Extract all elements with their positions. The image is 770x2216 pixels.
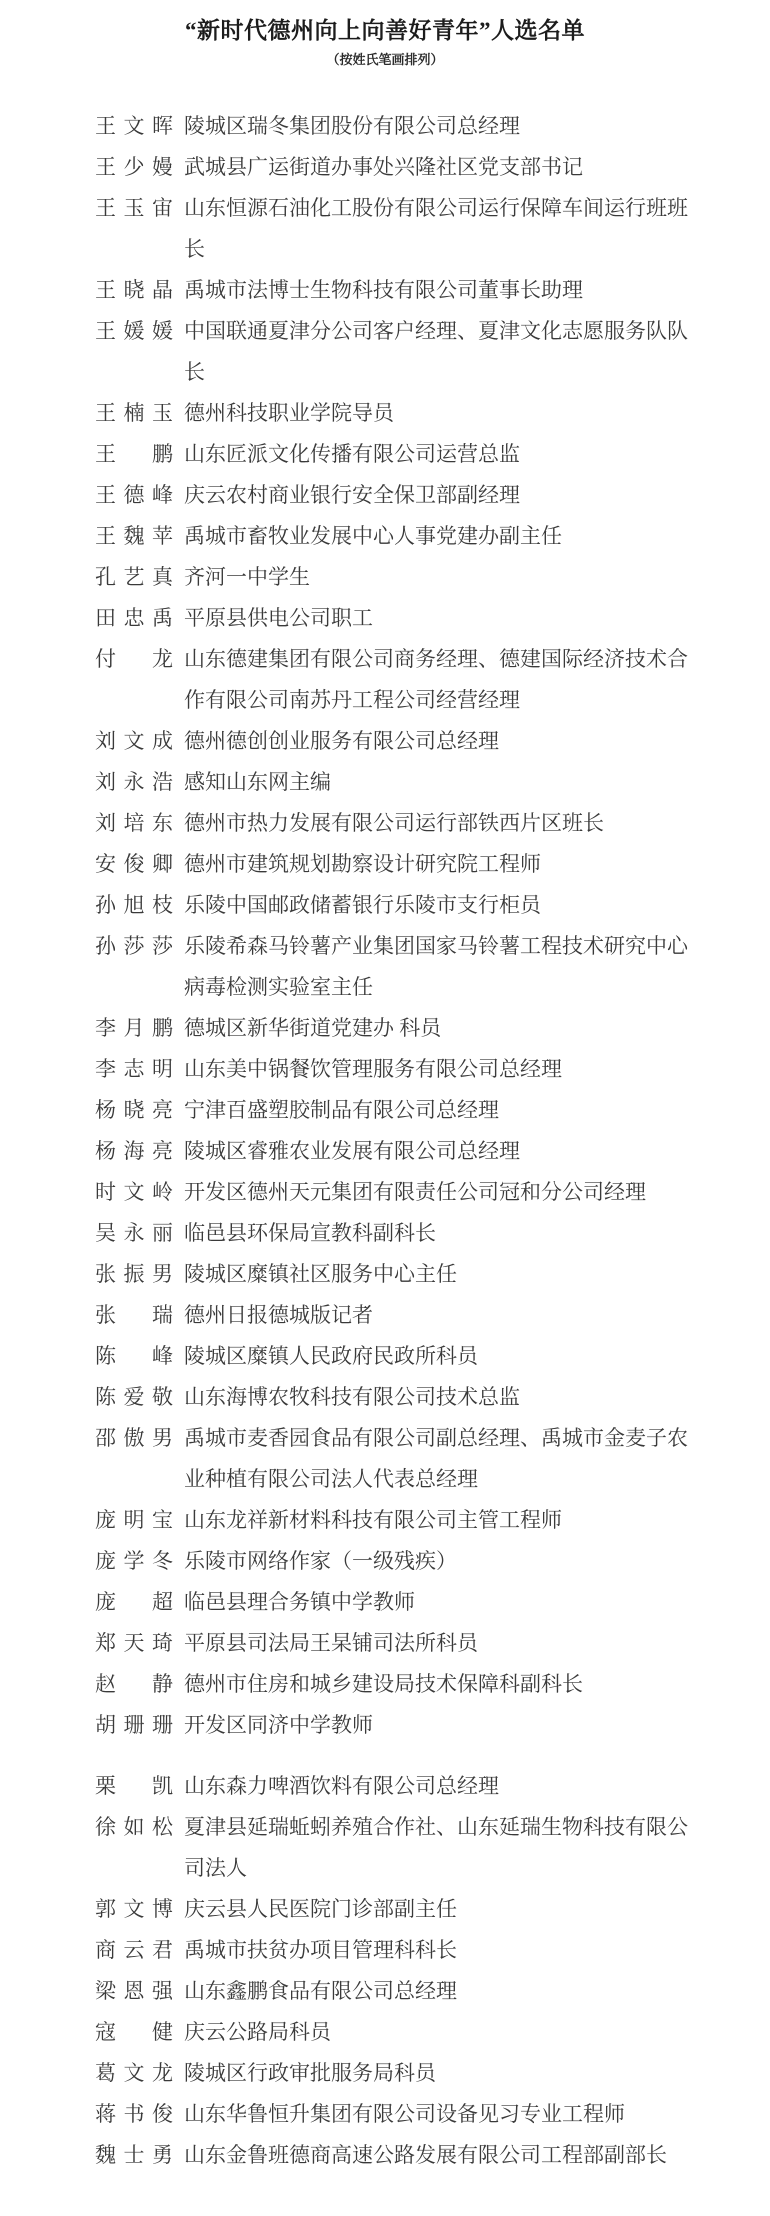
list-item: 庞超临邑县理合务镇中学教师 bbox=[95, 1582, 690, 1623]
person-role: 庆云农村商业银行安全保卫部副经理 bbox=[184, 475, 690, 516]
person-role: 山东美中锅餐饮管理服务有限公司总经理 bbox=[184, 1049, 690, 1090]
person-role: 中国联通夏津分公司客户经理、夏津文化志愿服务队队长 bbox=[184, 311, 690, 393]
person-role: 庆云县人民医院门诊部副主任 bbox=[184, 1889, 690, 1930]
person-name: 栗凯 bbox=[95, 1766, 173, 1807]
person-role: 山东恒源石油化工股份有限公司运行保障车间运行班班长 bbox=[184, 188, 690, 270]
list-item: 魏士勇山东金鲁班德商高速公路发展有限公司工程部副部长 bbox=[95, 2135, 690, 2176]
person-name: 王玉宙 bbox=[95, 188, 173, 229]
person-role: 陵城区行政审批服务局科员 bbox=[184, 2053, 690, 2094]
person-name: 安俊卿 bbox=[95, 844, 173, 885]
person-name: 商云君 bbox=[95, 1930, 173, 1971]
person-name: 刘文成 bbox=[95, 721, 173, 762]
list-item: 王楠玉德州科技职业学院导员 bbox=[95, 393, 690, 434]
list-item: 孙旭枝乐陵中国邮政储蓄银行乐陵市支行柜员 bbox=[95, 885, 690, 926]
person-name: 郑天琦 bbox=[95, 1623, 173, 1664]
list-item: 赵静德州市住房和城乡建设局技术保障科副科长 bbox=[95, 1664, 690, 1705]
person-role: 禹城市麦香园食品有限公司副总经理、禹城市金麦子农业种植有限公司法人代表总经理 bbox=[184, 1418, 690, 1500]
person-role: 山东龙祥新材料科技有限公司主管工程师 bbox=[184, 1500, 690, 1541]
list-item: 寇健庆云公路局科员 bbox=[95, 2012, 690, 2053]
person-name: 张瑞 bbox=[95, 1295, 173, 1336]
person-role: 德州市住房和城乡建设局技术保障科副科长 bbox=[184, 1664, 690, 1705]
person-role: 临邑县理合务镇中学教师 bbox=[184, 1582, 690, 1623]
person-role: 开发区德州天元集团有限责任公司冠和分公司经理 bbox=[184, 1172, 690, 1213]
list-item: 时文岭开发区德州天元集团有限责任公司冠和分公司经理 bbox=[95, 1172, 690, 1213]
list-item: 孙莎莎乐陵希森马铃薯产业集团国家马铃薯工程技术研究中心病毒检测实验室主任 bbox=[95, 926, 690, 1008]
list-item: 李月鹏德城区新华街道党建办 科员 bbox=[95, 1008, 690, 1049]
person-name: 付龙 bbox=[95, 639, 173, 680]
person-name: 徐如松 bbox=[95, 1807, 173, 1848]
person-name: 赵静 bbox=[95, 1664, 173, 1705]
list-item: 张瑞德州日报德城版记者 bbox=[95, 1295, 690, 1336]
person-role: 德州市热力发展有限公司运行部铁西片区班长 bbox=[184, 803, 690, 844]
list-item: 邵傲男禹城市麦香园食品有限公司副总经理、禹城市金麦子农业种植有限公司法人代表总经… bbox=[95, 1418, 690, 1500]
person-name: 孙莎莎 bbox=[95, 926, 173, 967]
person-name: 王魏苹 bbox=[95, 516, 173, 557]
list-item: 付龙山东德建集团有限公司商务经理、德建国际经济技术合作有限公司南苏丹工程公司经营… bbox=[95, 639, 690, 721]
person-role: 庆云公路局科员 bbox=[184, 2012, 690, 2053]
list-item: 孔艺真齐河一中学生 bbox=[95, 557, 690, 598]
person-role: 德州日报德城版记者 bbox=[184, 1295, 690, 1336]
person-role: 山东金鲁班德商高速公路发展有限公司工程部副部长 bbox=[184, 2135, 690, 2176]
candidate-list: 王文晖陵城区瑞冬集团股份有限公司总经理王少嫚武城县广运街道办事处兴隆社区党支部书… bbox=[0, 106, 770, 2176]
list-item: 商云君禹城市扶贫办项目管理科科长 bbox=[95, 1930, 690, 1971]
person-name: 杨晓亮 bbox=[95, 1090, 173, 1131]
person-name: 胡珊珊 bbox=[95, 1705, 173, 1746]
list-item: 刘文成德州德创创业服务有限公司总经理 bbox=[95, 721, 690, 762]
list-item: 陈峰陵城区糜镇人民政府民政所科员 bbox=[95, 1336, 690, 1377]
person-name: 庞明宝 bbox=[95, 1500, 173, 1541]
list-item: 王晓晶禹城市法博士生物科技有限公司董事长助理 bbox=[95, 270, 690, 311]
list-item: 刘永浩感知山东网主编 bbox=[95, 762, 690, 803]
list-item: 李志明山东美中锅餐饮管理服务有限公司总经理 bbox=[95, 1049, 690, 1090]
person-role: 山东海博农牧科技有限公司技术总监 bbox=[184, 1377, 690, 1418]
person-role: 乐陵市网络作家（一级残疾） bbox=[184, 1541, 690, 1582]
person-role: 乐陵希森马铃薯产业集团国家马铃薯工程技术研究中心病毒检测实验室主任 bbox=[184, 926, 690, 1008]
list-item: 庞明宝山东龙祥新材料科技有限公司主管工程师 bbox=[95, 1500, 690, 1541]
list-item: 葛文龙陵城区行政审批服务局科员 bbox=[95, 2053, 690, 2094]
person-role: 山东华鲁恒升集团有限公司设备见习专业工程师 bbox=[184, 2094, 690, 2135]
person-name: 王少嫚 bbox=[95, 147, 173, 188]
person-name: 魏士勇 bbox=[95, 2135, 173, 2176]
person-role: 乐陵中国邮政储蓄银行乐陵市支行柜员 bbox=[184, 885, 690, 926]
person-name: 王楠玉 bbox=[95, 393, 173, 434]
document-page: “新时代德州向上向善好青年”人选名单 （按姓氏笔画排列） 王文晖陵城区瑞冬集团股… bbox=[0, 0, 770, 2216]
list-item: 庞学冬乐陵市网络作家（一级残疾） bbox=[95, 1541, 690, 1582]
person-name: 孔艺真 bbox=[95, 557, 173, 598]
page-title: “新时代德州向上向善好青年”人选名单 bbox=[0, 16, 770, 46]
person-role: 山东德建集团有限公司商务经理、德建国际经济技术合作有限公司南苏丹工程公司经营经理 bbox=[184, 639, 690, 721]
list-item: 栗凯山东森力啤酒饮料有限公司总经理 bbox=[95, 1766, 690, 1807]
page-subtitle: （按姓氏笔画排列） bbox=[0, 48, 770, 72]
person-name: 陈峰 bbox=[95, 1336, 173, 1377]
list-item: 杨海亮陵城区睿雅农业发展有限公司总经理 bbox=[95, 1131, 690, 1172]
person-name: 李月鹏 bbox=[95, 1008, 173, 1049]
person-name: 刘培东 bbox=[95, 803, 173, 844]
person-name: 王德峰 bbox=[95, 475, 173, 516]
person-name: 王文晖 bbox=[95, 106, 173, 147]
list-item: 张振男陵城区糜镇社区服务中心主任 bbox=[95, 1254, 690, 1295]
list-item: 王玉宙山东恒源石油化工股份有限公司运行保障车间运行班班长 bbox=[95, 188, 690, 270]
person-role: 陵城区糜镇人民政府民政所科员 bbox=[184, 1336, 690, 1377]
person-name: 郭文博 bbox=[95, 1889, 173, 1930]
list-item: 陈爱敬山东海博农牧科技有限公司技术总监 bbox=[95, 1377, 690, 1418]
person-role: 临邑县环保局宣教科副科长 bbox=[184, 1213, 690, 1254]
person-role: 山东匠派文化传播有限公司运营总监 bbox=[184, 434, 690, 475]
person-role: 陵城区瑞冬集团股份有限公司总经理 bbox=[184, 106, 690, 147]
person-name: 王晓晶 bbox=[95, 270, 173, 311]
person-name: 杨海亮 bbox=[95, 1131, 173, 1172]
person-role: 禹城市扶贫办项目管理科科长 bbox=[184, 1930, 690, 1971]
person-name: 邵傲男 bbox=[95, 1418, 173, 1459]
list-item: 胡珊珊开发区同济中学教师 bbox=[95, 1705, 690, 1746]
list-item: 王魏苹禹城市畜牧业发展中心人事党建办副主任 bbox=[95, 516, 690, 557]
person-role: 宁津百盛塑胶制品有限公司总经理 bbox=[184, 1090, 690, 1131]
person-name: 葛文龙 bbox=[95, 2053, 173, 2094]
list-item: 郭文博庆云县人民医院门诊部副主任 bbox=[95, 1889, 690, 1930]
list-item: 郑天琦平原县司法局王杲铺司法所科员 bbox=[95, 1623, 690, 1664]
person-name: 寇健 bbox=[95, 2012, 173, 2053]
list-item: 蒋书俊山东华鲁恒升集团有限公司设备见习专业工程师 bbox=[95, 2094, 690, 2135]
person-name: 蒋书俊 bbox=[95, 2094, 173, 2135]
person-name: 王媛媛 bbox=[95, 311, 173, 352]
person-name: 时文岭 bbox=[95, 1172, 173, 1213]
person-role: 平原县司法局王杲铺司法所科员 bbox=[184, 1623, 690, 1664]
person-name: 孙旭枝 bbox=[95, 885, 173, 926]
person-role: 山东森力啤酒饮料有限公司总经理 bbox=[184, 1766, 690, 1807]
list-item: 杨晓亮宁津百盛塑胶制品有限公司总经理 bbox=[95, 1090, 690, 1131]
list-item: 梁恩强山东鑫鹏食品有限公司总经理 bbox=[95, 1971, 690, 2012]
person-role: 禹城市法博士生物科技有限公司董事长助理 bbox=[184, 270, 690, 311]
person-role: 德州科技职业学院导员 bbox=[184, 393, 690, 434]
person-role: 德州德创创业服务有限公司总经理 bbox=[184, 721, 690, 762]
person-role: 夏津县延瑞蚯蚓养殖合作社、山东延瑞生物科技有限公司法人 bbox=[184, 1807, 690, 1889]
person-role: 德城区新华街道党建办 科员 bbox=[184, 1008, 690, 1049]
person-role: 平原县供电公司职工 bbox=[184, 598, 690, 639]
person-role: 武城县广运街道办事处兴隆社区党支部书记 bbox=[184, 147, 690, 188]
list-item: 吴永丽临邑县环保局宣教科副科长 bbox=[95, 1213, 690, 1254]
list-item: 王鹏山东匠派文化传播有限公司运营总监 bbox=[95, 434, 690, 475]
person-name: 刘永浩 bbox=[95, 762, 173, 803]
list-item: 王德峰庆云农村商业银行安全保卫部副经理 bbox=[95, 475, 690, 516]
list-item: 田忠禹平原县供电公司职工 bbox=[95, 598, 690, 639]
person-name: 庞学冬 bbox=[95, 1541, 173, 1582]
person-role: 陵城区糜镇社区服务中心主任 bbox=[184, 1254, 690, 1295]
person-role: 开发区同济中学教师 bbox=[184, 1705, 690, 1746]
person-name: 吴永丽 bbox=[95, 1213, 173, 1254]
person-name: 张振男 bbox=[95, 1254, 173, 1295]
person-name: 梁恩强 bbox=[95, 1971, 173, 2012]
list-item: 王文晖陵城区瑞冬集团股份有限公司总经理 bbox=[95, 106, 690, 147]
person-name: 庞超 bbox=[95, 1582, 173, 1623]
person-role: 禹城市畜牧业发展中心人事党建办副主任 bbox=[184, 516, 690, 557]
list-item: 徐如松夏津县延瑞蚯蚓养殖合作社、山东延瑞生物科技有限公司法人 bbox=[95, 1807, 690, 1889]
person-role: 德州市建筑规划勘察设计研究院工程师 bbox=[184, 844, 690, 885]
list-item: 王少嫚武城县广运街道办事处兴隆社区党支部书记 bbox=[95, 147, 690, 188]
person-role: 山东鑫鹏食品有限公司总经理 bbox=[184, 1971, 690, 2012]
person-role: 感知山东网主编 bbox=[184, 762, 690, 803]
list-item: 安俊卿德州市建筑规划勘察设计研究院工程师 bbox=[95, 844, 690, 885]
person-role: 陵城区睿雅农业发展有限公司总经理 bbox=[184, 1131, 690, 1172]
list-item: 王媛媛中国联通夏津分公司客户经理、夏津文化志愿服务队队长 bbox=[95, 311, 690, 393]
person-name: 王鹏 bbox=[95, 434, 173, 475]
person-name: 田忠禹 bbox=[95, 598, 173, 639]
person-name: 李志明 bbox=[95, 1049, 173, 1090]
list-item: 刘培东德州市热力发展有限公司运行部铁西片区班长 bbox=[95, 803, 690, 844]
person-name: 陈爱敬 bbox=[95, 1377, 173, 1418]
person-role: 齐河一中学生 bbox=[184, 557, 690, 598]
